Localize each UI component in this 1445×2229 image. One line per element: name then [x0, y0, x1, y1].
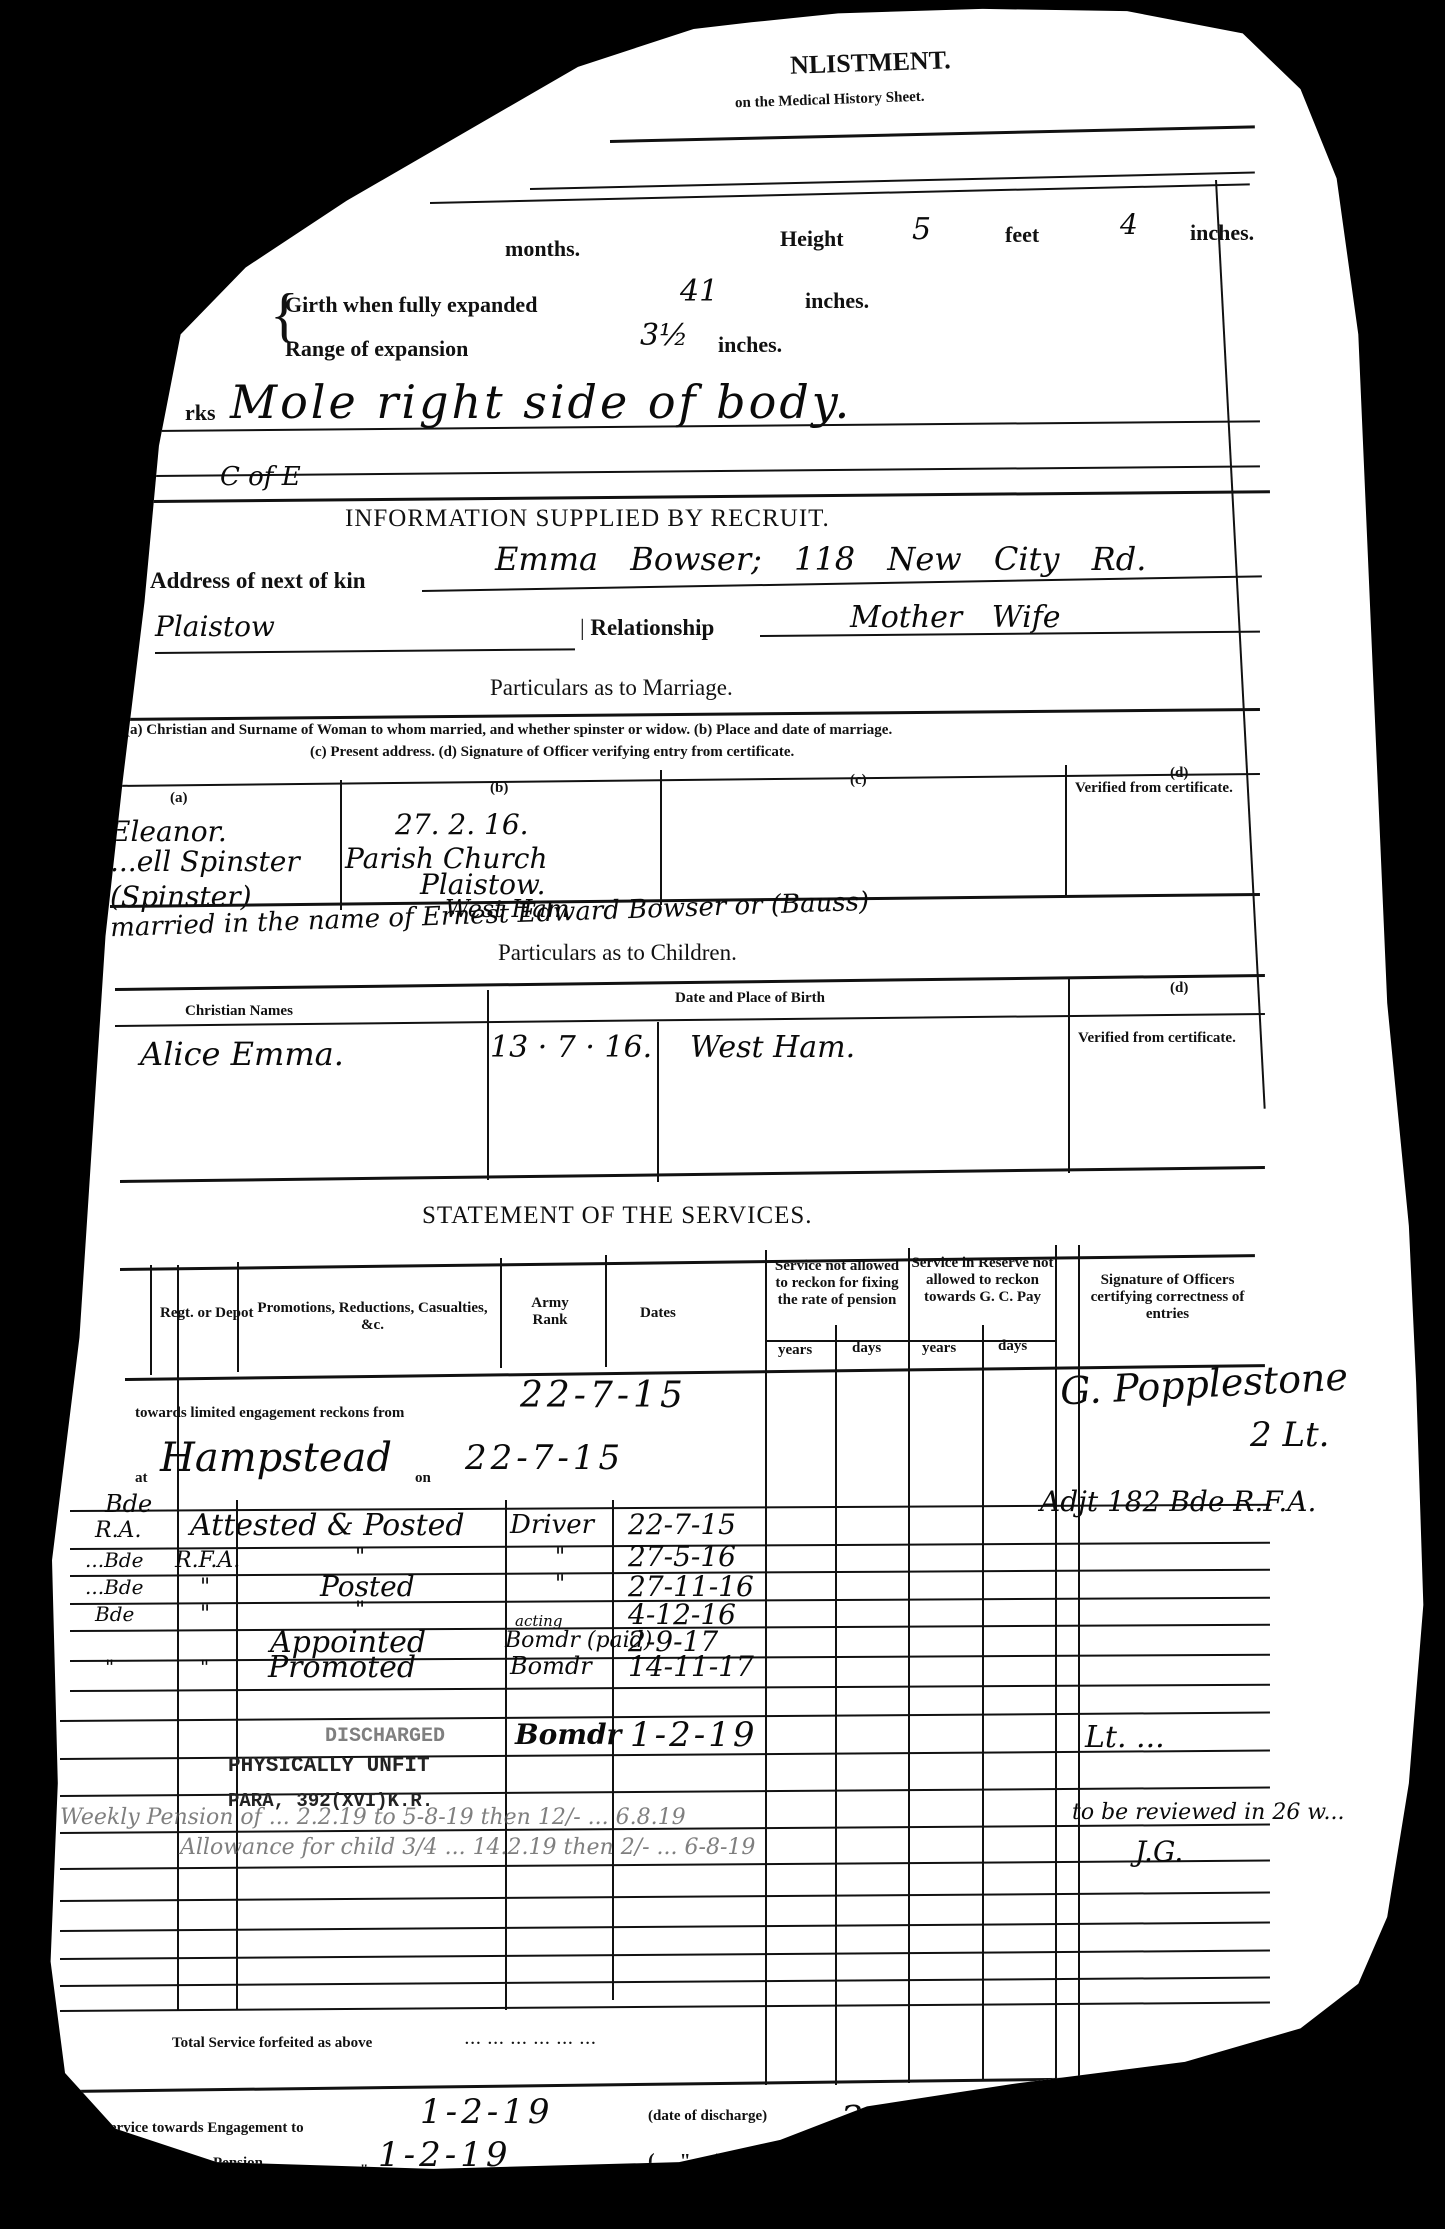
address-line2: Plaistow	[155, 610, 275, 643]
col-divider	[500, 1258, 502, 1368]
col-dates: Dates	[640, 1305, 676, 1322]
rule	[60, 2002, 1270, 2012]
service-unit: ...Bde	[85, 1575, 143, 1599]
service-event: Posted	[320, 1570, 415, 1603]
officer-rank: 2 Lt.	[1250, 1415, 1330, 1455]
rule	[150, 465, 1260, 476]
next-of-kin-label: Address of next of kin	[150, 568, 366, 594]
rule	[60, 1892, 1270, 1902]
wife-name-line2: ...ell Spinster	[110, 845, 300, 878]
service-unit: ...Bde	[85, 1548, 143, 1572]
relationship-label: | Relationship	[580, 615, 714, 641]
relationship-value: Mother Wife	[850, 600, 1061, 635]
col-divider	[1055, 1245, 1057, 2080]
service-regt: R.F.A.	[175, 1548, 240, 1573]
service-event: Promoted	[268, 1650, 416, 1685]
religion-value: C of E	[220, 462, 301, 492]
service-unit: "	[105, 1655, 114, 1679]
range-label: Range of expansion	[285, 336, 468, 362]
height-feet-value: 5	[912, 212, 931, 247]
service-event: "	[355, 1545, 365, 1570]
col-rank: Army Rank	[520, 1295, 580, 1329]
rule	[60, 1950, 1270, 1960]
service-event: Attested & Posted	[190, 1508, 465, 1543]
col-divider	[1078, 1245, 1080, 2155]
service-date: 22-7-15	[628, 1508, 736, 1541]
years-value: 3	[840, 2100, 863, 2141]
feet-label: feet	[1005, 222, 1039, 248]
service-rank: "	[555, 1545, 565, 1570]
service-rank: Driver	[510, 1510, 594, 1540]
children-col-names: Christian Names	[185, 1003, 293, 1020]
marriage-date: 27. 2. 16.	[395, 808, 529, 841]
at-value: Hampstead	[160, 1435, 392, 1481]
marks-label: rks	[185, 400, 216, 426]
discharge-signature: Lt. ...	[1085, 1720, 1165, 1755]
forfeited-label: Total Service forfeited as above	[172, 2035, 372, 2052]
at-label: at	[135, 1470, 148, 1487]
rule	[60, 1860, 1270, 1870]
child-birth-place: West Ham.	[690, 1030, 855, 1065]
discharge-stamp-line2: PHYSICALLY UNFIT	[228, 1755, 430, 1778]
document-title: NLISTMENT.	[790, 45, 952, 81]
marks-value: Mole right side of body.	[230, 375, 852, 429]
discharge-stamp-line1: DISCHARGED	[325, 1725, 445, 1748]
col-divider	[340, 780, 342, 910]
rule	[610, 125, 1255, 143]
officer-unit: Adjt 182 Bde R.F.A.	[1040, 1485, 1316, 1518]
girth-unit: inches.	[805, 288, 869, 314]
pension-ditto2: "	[360, 2162, 368, 2179]
girth-value: 41	[680, 274, 718, 309]
child-birth-date: 13 · 7 · 16.	[490, 1030, 652, 1065]
margin-line	[1215, 180, 1266, 1109]
range-value: 3½	[640, 318, 688, 353]
days-label: days	[1035, 2100, 1064, 2117]
col-c-label: (c)	[850, 772, 867, 789]
service-rank: "	[555, 1572, 565, 1597]
col-promotions: Promotions, Reductions, Casualties, &c.	[250, 1300, 495, 1334]
rule	[65, 2078, 1080, 2093]
children-col-d: (d)	[1170, 980, 1188, 997]
pension-note-line2: Allowance for child 3/4 ... 14.2.19 then…	[180, 1835, 755, 1860]
col-divider	[908, 1248, 910, 2083]
col-pension: Service not allowed to reckon for fixing…	[767, 1258, 907, 1309]
range-unit: inches.	[718, 332, 782, 358]
recruit-section-title: INFORMATION SUPPLIED BY RECRUIT.	[345, 505, 830, 533]
rule	[115, 974, 1265, 991]
col-divider	[505, 1500, 507, 2010]
child-name: Alice Emma.	[140, 1035, 344, 1073]
service-regt: "	[200, 1575, 210, 1600]
document-subtitle: on the Medical History Sheet.	[735, 89, 925, 113]
rule	[110, 708, 1260, 721]
col-pension-days: days	[852, 1340, 881, 1357]
rule	[150, 490, 1270, 503]
children-section-title: Particulars as to Children.	[498, 940, 737, 966]
officer-signature: G. Popplestone	[1059, 1354, 1349, 1413]
col-divider	[150, 1265, 152, 1375]
discharge-rank: Bomdr	[515, 1718, 621, 1751]
on-label: on	[415, 1470, 431, 1487]
col-divider	[487, 990, 489, 1180]
inches-label: inches.	[1190, 220, 1254, 246]
discharge-date: 1-2-19	[630, 1715, 758, 1755]
col-divider	[982, 1325, 984, 2080]
days-value: 195	[965, 2095, 1022, 2130]
engagement-label: Total Service towards Engagement to	[65, 2120, 304, 2137]
pension-label-wrap: Pension	[113, 2155, 263, 2172]
wife-name-line1: Eleanor.	[110, 815, 227, 848]
marriage-verified-label: Verified from certificate.	[1075, 780, 1233, 797]
reckons-label: towards limited engagement reckons from	[135, 1405, 404, 1422]
service-rank: Bomdr	[510, 1652, 592, 1680]
service-regt: "	[200, 1602, 210, 1627]
col-divider	[765, 1250, 767, 2085]
marriage-legend-line1: (a) Christian and Surname of Woman to wh…	[125, 722, 892, 739]
services-section-title: STATEMENT OF THE SERVICES.	[422, 1202, 813, 1230]
pension-paren: ( " )	[648, 2150, 722, 2173]
forfeited-dots: ... ... ... ... ... ...	[465, 2032, 597, 2049]
pension-review-note: to be reviewed in 26 w...	[1072, 1800, 1345, 1825]
children-verified-label: Verified from certificate.	[1078, 1030, 1236, 1047]
col-divider	[605, 1255, 607, 1367]
col-reserve-years: years	[922, 1340, 956, 1357]
rule	[155, 648, 575, 653]
col-a-label: (a)	[170, 790, 188, 807]
pension-note-line1: Weekly Pension of ... 2.2.19 to 5-8-19 t…	[60, 1805, 686, 1830]
rule	[70, 1684, 1270, 1692]
col-divider	[660, 770, 662, 905]
col-divider	[657, 1022, 659, 1182]
col-signature: Signature of Officers certifying correct…	[1075, 1272, 1260, 1323]
reckons-value: 22-7-15	[520, 1375, 687, 1416]
rule	[120, 1254, 1255, 1271]
col-divider	[835, 1325, 837, 2085]
discharge-label: (date of discharge)	[648, 2108, 767, 2125]
service-regt: "	[200, 1655, 209, 1679]
pension-value: 1-2-19	[378, 2135, 512, 2175]
rule	[60, 1977, 1270, 1987]
col-reserve-days: days	[998, 1338, 1027, 1355]
service-unit: R.A.	[95, 1518, 141, 1543]
service-date: 14-11-17	[628, 1650, 754, 1683]
col-pension-years: years	[778, 1342, 812, 1359]
pension-ditto: "	[100, 2160, 108, 2177]
rule	[60, 1922, 1270, 1932]
engagement-value: 1-2-19	[420, 2092, 554, 2132]
girth-label: Girth when fully expanded	[285, 292, 537, 318]
years-label: years	[902, 2105, 936, 2122]
marriage-legend-line2: (c) Present address. (d) Signature of Of…	[310, 744, 794, 761]
service-event: "	[355, 1598, 365, 1623]
col-divider	[1065, 765, 1067, 895]
col-divider	[1068, 978, 1070, 1173]
on-value: 22-7-15	[465, 1438, 624, 1478]
col-reserve: Service in Reserve not allowed to reckon…	[910, 1255, 1055, 1306]
document-page: NLISTMENT. on the Medical History Sheet.…	[0, 0, 1445, 2229]
next-of-kin-value: Emma Bowser; 118 New City Rd.	[495, 540, 1146, 578]
col-regt: Regt. or Depot	[160, 1305, 235, 1322]
rule	[120, 1166, 1265, 1183]
height-label: Height	[780, 226, 844, 252]
service-unit: Bde	[105, 1490, 152, 1518]
months-label: months.	[505, 236, 580, 262]
col-b-label: (b)	[490, 780, 508, 797]
rule	[430, 183, 1250, 203]
marriage-section-title: Particulars as to Marriage.	[490, 675, 733, 701]
service-date: 27-5-16	[628, 1540, 736, 1573]
service-unit: Bde	[95, 1602, 134, 1626]
initials: J.G.	[1135, 1835, 1183, 1868]
height-inches-value: 4	[1120, 208, 1138, 241]
children-col-birth: Date and Place of Birth	[675, 990, 825, 1007]
